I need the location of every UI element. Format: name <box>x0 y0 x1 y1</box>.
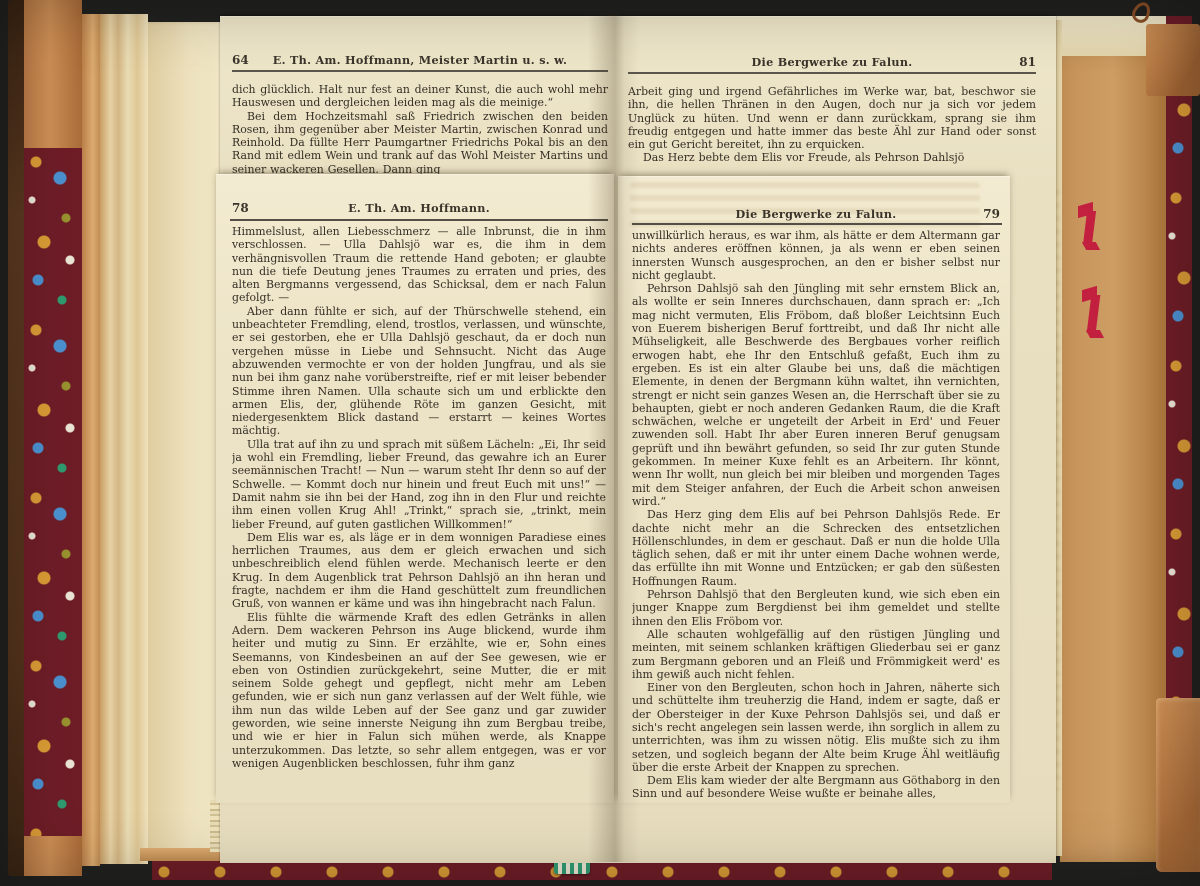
paragraph: dich glücklich. Halt nur fest an deiner … <box>232 83 608 110</box>
header-rule <box>232 70 608 72</box>
paragraph: Aber dann fühlte er sich, auf der Thürsc… <box>232 305 606 438</box>
page-number: 79 <box>983 207 1000 221</box>
tan-board-right <box>1060 50 1166 862</box>
page-number: 64 <box>232 53 249 67</box>
page-64-header: 64 E. Th. Am. Hoffmann, Meister Martin u… <box>232 53 608 67</box>
inner-hinge-left <box>82 14 100 866</box>
page-fore-edges-left <box>100 14 148 864</box>
page-79-header: Die Bergwerke zu Falun. 79 <box>632 207 1000 221</box>
show-through-texture <box>630 182 980 228</box>
running-title: E. Th. Am. Hoffmann, Meister Martin u. s… <box>232 53 608 67</box>
paragraph: Das Herz ging dem Elis auf bei Pehrson D… <box>632 508 1000 588</box>
running-title: E. Th. Am. Hoffmann. <box>232 201 606 215</box>
paragraph: Dem Elis kam wieder der alte Bergmann au… <box>632 774 1000 799</box>
paragraph: Das Herz bebte dem Elis vor Freude, als … <box>628 151 1036 164</box>
paragraph: Alle schauten wohlgefällig auf den rüsti… <box>632 628 1000 681</box>
paragraph: Pehrson Dahlsjö sah den Jüngling mit seh… <box>632 282 1000 508</box>
paragraph: Einer von den Bergleuten, schon hoch in … <box>632 681 1000 774</box>
paragraph: Dem Elis war es, als läge er in dem wonn… <box>232 531 606 611</box>
page-79-sheet: Die Bergwerke zu Falun. 79 unwillkürlich… <box>618 176 1010 803</box>
red-letter-fragment <box>1078 204 1104 250</box>
paragraph: Pehrson Dahlsjö that den Bergleuten kund… <box>632 588 1000 628</box>
cover-leather-bottom-left <box>24 836 82 876</box>
page-78-body: Himmelslust, allen Liebesschmerz — alle … <box>232 225 606 799</box>
marbled-cover-right <box>1164 16 1192 716</box>
page-79-body: unwillkürlich heraus, es war ihm, als hä… <box>632 229 1000 799</box>
paragraph: Arbeit ging und irgend Gefährliches im W… <box>628 85 1036 151</box>
page-81-header: Die Bergwerke zu Falun. 81 <box>628 55 1036 69</box>
header-rule <box>628 72 1036 74</box>
paragraph: Elis fühlte die wärmende Kraft des edlen… <box>232 611 606 771</box>
running-title: Die Bergwerke zu Falun. <box>632 207 1000 221</box>
running-title: Die Bergwerke zu Falun. <box>628 55 1036 69</box>
page-number: 81 <box>1019 55 1036 69</box>
header-rule <box>230 219 608 221</box>
header-rule <box>632 223 1002 225</box>
book-scan: 64 E. Th. Am. Hoffmann, Meister Martin u… <box>0 0 1200 886</box>
cover-leather-bottom-right <box>1156 698 1200 872</box>
page-number: 78 <box>232 201 249 215</box>
page-78-sheet: 78 E. Th. Am. Hoffmann. Himmelslust, all… <box>216 174 614 803</box>
paragraph: Himmelslust, allen Liebesschmerz — alle … <box>232 225 606 305</box>
page-78-header: 78 E. Th. Am. Hoffmann. <box>232 201 606 215</box>
paragraph: Ulla trat auf ihn zu und sprach mit süße… <box>232 438 606 531</box>
red-letter-stroke <box>1087 295 1101 333</box>
red-letter-stroke <box>1086 330 1104 338</box>
red-letter-stroke <box>1082 242 1100 250</box>
cover-leather-top-left <box>24 0 82 152</box>
paragraph: Bei dem Hochzeitsmahl saß Friedrich zwis… <box>232 110 608 176</box>
blank-endpaper-left <box>148 22 226 860</box>
paragraph: unwillkürlich heraus, es war ihm, als hä… <box>632 229 1000 282</box>
red-letter-fragment <box>1082 288 1108 338</box>
marbled-cover-left <box>24 148 82 840</box>
cover-leather-top-right <box>1146 24 1200 96</box>
